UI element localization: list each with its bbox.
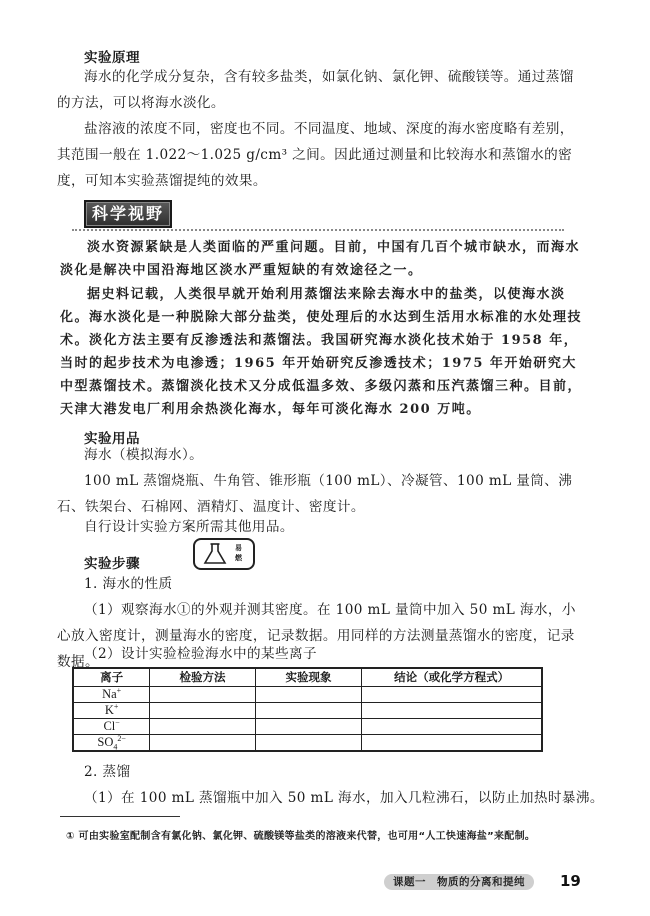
flask-icon xyxy=(203,543,229,565)
principle-paragraph-2: 盐溶液的浓度不同，密度也不同。不同温度、地域、深度的海水密度略有差别，其范围一般… xyxy=(57,116,577,194)
caution-label: 易 燃 xyxy=(235,543,242,563)
method-cell xyxy=(150,735,256,752)
page-number: 19 xyxy=(560,872,581,890)
principle-paragraph-1: 海水的化学成分复杂，含有较多盐类，如氯化钠、氯化钾、硫酸镁等。通过蒸馏的方法，可… xyxy=(57,64,577,116)
science-horizon-badge: 科学视野 xyxy=(84,200,172,228)
supplies-line-1: 海水（模拟海水）。 xyxy=(84,442,604,468)
method-cell xyxy=(150,703,256,719)
conclusion-cell xyxy=(362,687,542,703)
method-cell xyxy=(150,719,256,735)
ion-cell: Na+ xyxy=(73,687,150,703)
textbook-page: 实验原理 海水的化学成分复杂，含有较多盐类，如氯化钠、氯化钾、硫酸镁等。通过蒸馏… xyxy=(0,0,650,916)
dotted-divider xyxy=(72,229,564,231)
footnote: ① 可由实验室配制含有氯化钠、氯化钾、硫酸镁等盐类的溶液来代替，也可用“人工快速… xyxy=(66,827,535,842)
table-row: SO42− xyxy=(73,735,542,752)
phenomenon-cell xyxy=(255,735,362,752)
science-paragraph-2: 据史料记载，人类很早就开始利用蒸馏法来除去海水中的盐类，以使海水淡化。海水淡化是… xyxy=(60,283,590,421)
supplies-line-2: 100 mL 蒸馏烧瓶、牛角管、锥形瓶（100 mL）、冷凝管、100 mL 量… xyxy=(57,468,577,520)
header-conclusion: 结论（或化学方程式） xyxy=(362,668,542,687)
step2-title: 2. 蒸馏 xyxy=(84,759,604,785)
phenomenon-cell xyxy=(255,703,362,719)
header-phenomenon: 实验现象 xyxy=(255,668,362,687)
step2-item-1: （1）在 100 mL 蒸馏瓶中加入 50 mL 海水，加入几粒沸石，以防止加热… xyxy=(84,785,604,811)
phenomenon-cell xyxy=(255,719,362,735)
ion-test-table: 离子 检验方法 实验现象 结论（或化学方程式） Na+ K+ Cl− SO42− xyxy=(72,667,543,752)
step1-title: 1. 海水的性质 xyxy=(84,571,604,597)
ion-cell: K+ xyxy=(73,703,150,719)
flask-caution-badge: 易 燃 xyxy=(193,538,255,570)
table-header-row: 离子 检验方法 实验现象 结论（或化学方程式） xyxy=(73,668,542,687)
table-row: Cl− xyxy=(73,719,542,735)
supplies-line-3: 自行设计实验方案所需其他用品。 xyxy=(84,514,604,540)
conclusion-cell xyxy=(362,703,542,719)
footnote-rule xyxy=(60,816,180,817)
chapter-footer: 课题一 物质的分离和提纯 xyxy=(384,874,534,890)
ion-cell: Cl− xyxy=(73,719,150,735)
method-cell xyxy=(150,687,256,703)
steps-heading: 实验步骤 xyxy=(84,552,140,572)
phenomenon-cell xyxy=(255,687,362,703)
conclusion-cell xyxy=(362,735,542,752)
conclusion-cell xyxy=(362,719,542,735)
table-row: Na+ xyxy=(73,687,542,703)
principle-heading: 实验原理 xyxy=(84,46,140,66)
science-paragraph-1: 淡水资源紧缺是人类面临的严重问题。目前，中国有几百个城市缺水，而海水淡化是解决中… xyxy=(60,236,590,282)
step1-item-2: （2）设计实验检验海水中的某些离子 xyxy=(84,641,604,667)
header-ion: 离子 xyxy=(73,668,150,687)
ion-cell: SO42− xyxy=(73,735,150,752)
table-row: K+ xyxy=(73,703,542,719)
header-method: 检验方法 xyxy=(150,668,256,687)
